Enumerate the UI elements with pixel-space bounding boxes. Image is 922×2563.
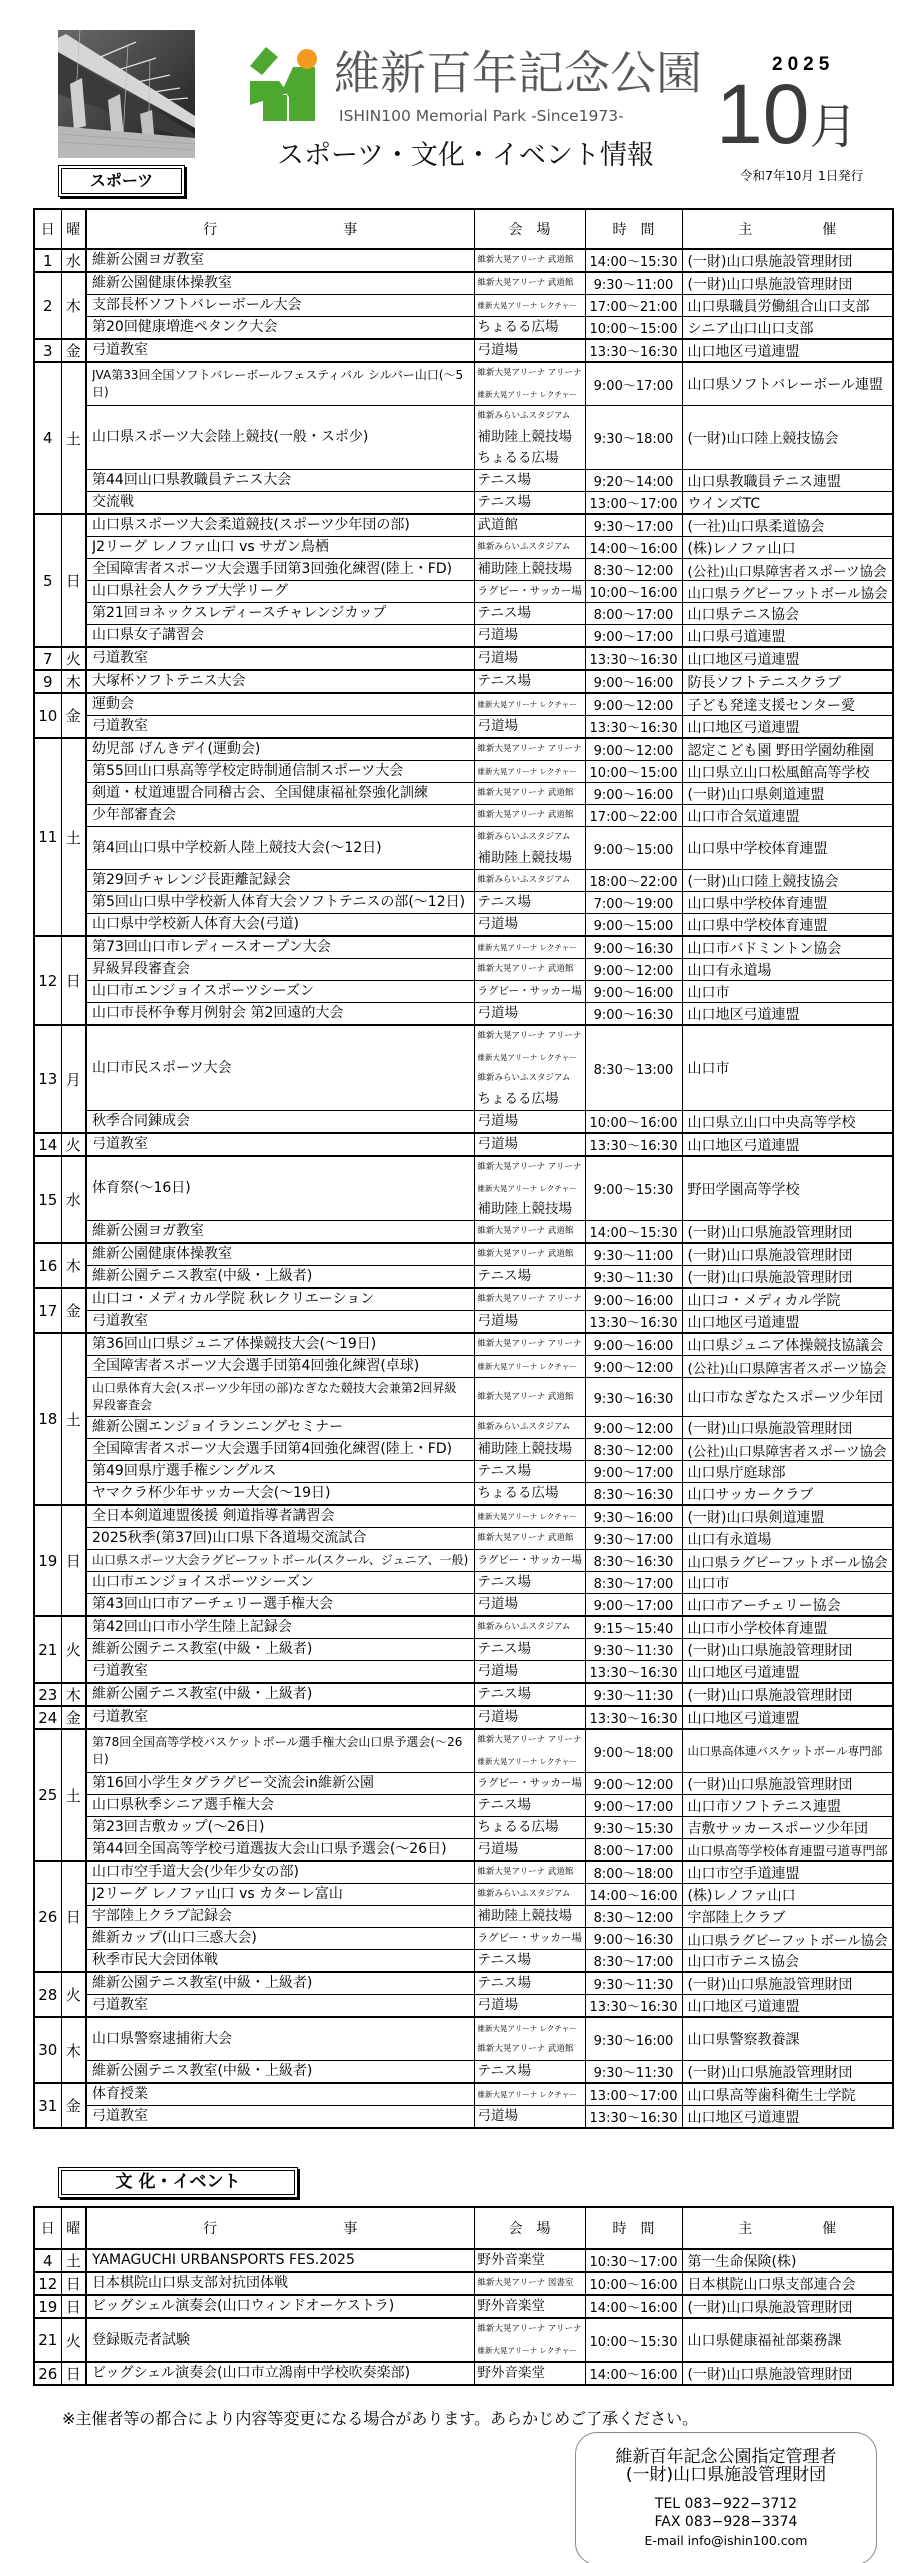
- time-cell: 9:00～17:00: [585, 625, 682, 648]
- table-row: 維新公園エンジョイランニングセミナー維新みらいふスタジアム9:00～12:00(…: [34, 1417, 893, 1439]
- table-row: 第43回山口市アーチェリー選手権大会弓道場9:00～17:00山口市アーチェリー…: [34, 1594, 893, 1617]
- weekday-cell: 月: [61, 1025, 86, 1133]
- event-cell: 全国障害者スポーツ大会選手団第3回強化練習(陸上・FD): [86, 559, 474, 581]
- event-cell: 山口県スポーツ大会ラグビーフットボール(スクール、ジュニア、一般): [86, 1550, 474, 1572]
- event-name: 山口県体育大会(スポーツ少年団の部)なぎなた競技大会兼第2回昇級 昇段審査会: [92, 1378, 469, 1416]
- venue-cell: 弓道場: [474, 647, 585, 670]
- time-cell: 10:00～16:00: [585, 581, 682, 603]
- host-name: 山口県弓道連盟: [688, 626, 888, 646]
- event-name: 全国障害者スポーツ大会選手団第4回強化練習(卓球): [92, 1356, 469, 1377]
- host-name: 山口地区弓道連盟: [688, 649, 888, 669]
- day-cell: 19: [34, 1505, 61, 1616]
- weekday-cell: 日: [61, 514, 86, 647]
- table-row: 第16回小学生タグラグビー交流会in維新公園ラグビー・サッカー場9:00～12:…: [34, 1773, 893, 1795]
- time-cell: 13:30～16:30: [585, 1995, 682, 2018]
- day-cell: 2: [34, 272, 61, 339]
- venue-name: 弓道場: [478, 1707, 582, 1728]
- host-name: 山口地区弓道連盟: [688, 1312, 888, 1332]
- host-name: (一財)山口県施設管理財団: [688, 1640, 888, 1660]
- table-row: 維新公園テニス教室(中級・上級者)テニス場9:30～11:30(一財)山口県施設…: [34, 1639, 893, 1661]
- event-cell: YAMAGUCHI URBANSPORTS FES.2025: [86, 2249, 474, 2272]
- weekday-cell: 土: [61, 738, 86, 936]
- venue-name: 維新大晃アリーナ レクチャー: [478, 295, 582, 316]
- event-cell: 維新公園健康体操教室: [86, 272, 474, 295]
- event-name: ビッグシェル演奏会(山口市立鴻南中学校吹奏楽部): [92, 2363, 469, 2384]
- host-cell: 山口市テニス協会: [682, 1950, 893, 1973]
- weekday-cell: 木: [61, 1243, 86, 1288]
- event-cell: 支部長杯ソフトバレーボール大会: [86, 295, 474, 317]
- time-cell: 14:00～15:30: [585, 1221, 682, 1244]
- host-name: (公社)山口県障害者スポーツ協会: [688, 1357, 888, 1377]
- event-name: 山口市エンジョイスポーツシーズン: [92, 981, 469, 1002]
- host-name: (一財)山口県施設管理財団: [688, 1245, 888, 1265]
- event-cell: 全国障害者スポーツ大会選手団第4回強化練習(陸上・FD): [86, 1439, 474, 1461]
- time-cell: 8:30～17:00: [585, 1950, 682, 1973]
- host-name: 山口県テニス協会: [688, 604, 888, 624]
- table-row: 山口市エンジョイスポーツシーズンテニス場8:30～17:00山口市: [34, 1572, 893, 1594]
- table-row: 30木山口県警察逮捕術大会維新大晃アリーナ レクチャー維新大晃アリーナ 武道館9…: [34, 2017, 893, 2061]
- time-cell: 13:30～16:30: [585, 1311, 682, 1334]
- table-row: 2025秋季(第37回)山口県下各道場交流試合維新大晃アリーナ 武道館9:30～…: [34, 1528, 893, 1550]
- event-cell: 弓道教室: [86, 716, 474, 739]
- table-row: 第23回吉敷カップ(～26日)ちょるる広場9:30～15:30吉敷サッカースポー…: [34, 1817, 893, 1839]
- col-header-weekday: 曜: [61, 209, 86, 249]
- day-cell: 17: [34, 1288, 61, 1333]
- event-cell: 維新公園テニス教室(中級・上級者): [86, 1683, 474, 1706]
- time-cell: 9:00～18:00: [585, 1729, 682, 1773]
- table-row: 第49回県庁選手権シングルステニス場9:00～17:00山口県庁庭球部: [34, 1461, 893, 1483]
- time-cell: 9:30～16:00: [585, 2017, 682, 2061]
- venue-name: 維新みらいふスタジアム: [478, 406, 582, 427]
- table-row: 支部長杯ソフトバレーボール大会維新大晃アリーナ レクチャー17:00～21:00…: [34, 295, 893, 317]
- day-cell: 21: [34, 1616, 61, 1683]
- table-row: 山口県スポーツ大会ラグビーフットボール(スクール、ジュニア、一般)ラグビー・サッ…: [34, 1550, 893, 1572]
- host-cell: 山口市なぎなたスポーツ少年団: [682, 1378, 893, 1417]
- host-cell: (一財)山口県剣道連盟: [682, 783, 893, 805]
- host-name: 山口サッカークラブ: [688, 1484, 888, 1504]
- table-row: 10金運動会維新大晃アリーナ レクチャー9:00～12:00子ども発達支援センタ…: [34, 693, 893, 716]
- event-name: 維新公園テニス教室(中級・上級者): [92, 2061, 469, 2082]
- host-cell: 野田学園高等学校: [682, 1156, 893, 1221]
- table-row: 19日ビッグシェル演奏会(山口ウィンドオーケストラ)野外音楽堂14:00～16:…: [34, 2295, 893, 2318]
- time-cell: 8:30～16:30: [585, 1483, 682, 1506]
- weekday-cell: 火: [61, 2318, 86, 2362]
- venue-cell: 弓道場: [474, 1661, 585, 1684]
- host-cell: 山口県高等歯科衛生士学院: [682, 2083, 893, 2106]
- host-cell: 山口市空手道連盟: [682, 1861, 893, 1884]
- event-name: 弓道教室: [92, 1707, 469, 1728]
- host-name: シニア山口山口支部: [688, 318, 888, 338]
- host-cell: 宇部陸上クラブ: [682, 1906, 893, 1928]
- host-name: 山口市: [688, 1058, 888, 1078]
- venue-name: 維新大晃アリーナ 武道館: [478, 959, 582, 980]
- venue-name: 維新大晃アリーナ レクチャー: [478, 1356, 582, 1377]
- host-name: 山口地区弓道連盟: [688, 1996, 888, 2016]
- host-name: (一財)山口県剣道連盟: [688, 1507, 888, 1527]
- weekday-cell: 日: [61, 2295, 86, 2318]
- venue-cell: テニス場: [474, 1972, 585, 1995]
- host-cell: 山口県高等学校体育連盟弓道専門部: [682, 1839, 893, 1862]
- manager-title: 維新百年記念公園指定管理者: [576, 2448, 876, 2466]
- venue-name: 弓道場: [478, 1311, 582, 1332]
- host-name: (公社)山口県障害者スポーツ協会: [688, 560, 888, 580]
- host-cell: 山口県庁庭球部: [682, 1461, 893, 1483]
- event-name: 登録販売者試験: [92, 2330, 469, 2351]
- email-address: E-mail info@ishin100.com: [576, 2531, 876, 2550]
- change-notice: ※主催者等の都合により内容等変更になる場合があります。あらかじめご了承ください。: [62, 2408, 922, 2430]
- event-name: 第20回健康増進ペタンク大会: [92, 317, 469, 338]
- host-cell: (一財)山口県施設管理財団: [682, 1266, 893, 1289]
- table-row: 山口県体育大会(スポーツ少年団の部)なぎなた競技大会兼第2回昇級 昇段審査会維新…: [34, 1378, 893, 1417]
- venue-cell: 弓道場: [474, 1594, 585, 1617]
- venue-name: 維新大晃アリーナ アリーナ: [478, 363, 582, 384]
- event-cell: 体育祭(～16日): [86, 1156, 474, 1221]
- venue-name: 維新大晃アリーナ 武道館: [478, 250, 582, 271]
- event-cell: 剣道・杖道連盟合同稽古会、全国健康福祉祭強化訓練: [86, 783, 474, 805]
- time-cell: 9:00～16:00: [585, 1288, 682, 1311]
- table-row: 弓道教室弓道場13:30～16:30山口地区弓道連盟: [34, 1995, 893, 2018]
- host-name: (一社)山口県柔道協会: [688, 516, 888, 536]
- venue-cell: 維新大晃アリーナ 武道館: [474, 1528, 585, 1550]
- table-row: 31金体育授業維新大晃アリーナ レクチャー13:00～17:00山口県高等歯科衛…: [34, 2083, 893, 2106]
- host-name: 山口有永道場: [688, 1529, 888, 1549]
- weekday-cell: 金: [61, 1288, 86, 1333]
- time-cell: 9:30～15:30: [585, 1817, 682, 1839]
- event-name: 2025秋季(第37回)山口県下各道場交流試合: [92, 1528, 469, 1549]
- time-cell: 8:30～17:00: [585, 1572, 682, 1594]
- culture-section-label: 文 化・イベント: [58, 2167, 298, 2198]
- host-cell: 山口地区弓道連盟: [682, 1311, 893, 1334]
- host-name: 山口県中学校体育連盟: [688, 838, 888, 858]
- table-row: 13月山口市民スポーツ大会維新大晃アリーナ アリーナ維新大晃アリーナ レクチャー…: [34, 1025, 893, 1111]
- table-row: 秋季合同錬成会弓道場10:00～16:00山口県立山口中央高等学校: [34, 1111, 893, 1134]
- venue-name: 維新大晃アリーナ レクチャー: [478, 384, 582, 405]
- venue-cell: テニス場: [474, 1266, 585, 1289]
- venue-name: テニス場: [478, 1684, 582, 1705]
- time-cell: 8:00～17:00: [585, 1839, 682, 1862]
- host-cell: (一財)山口県施設管理財団: [682, 1972, 893, 1995]
- host-cell: 山口県ラグビーフットボール協会: [682, 581, 893, 603]
- event-name: 体育祭(～16日): [92, 1178, 469, 1199]
- month-label: 10月: [716, 72, 857, 181]
- event-name: 維新公園テニス教室(中級・上級者): [92, 1973, 469, 1994]
- venue-cell: 維新大晃アリーナ アリーナ維新大晃アリーナ レクチャー: [474, 362, 585, 406]
- time-cell: 9:00～15:00: [585, 827, 682, 870]
- event-cell: 弓道教室: [86, 2106, 474, 2129]
- day-cell: 5: [34, 514, 61, 647]
- host-cell: 山口市小学校体育連盟: [682, 1616, 893, 1639]
- host-name: 山口地区弓道連盟: [688, 341, 888, 361]
- weekday-cell: 土: [61, 2249, 86, 2272]
- venue-cell: 弓道場: [474, 339, 585, 362]
- event-cell: 2025秋季(第37回)山口県下各道場交流試合: [86, 1528, 474, 1550]
- table-row: 弓道教室弓道場13:30～16:30山口地区弓道連盟: [34, 716, 893, 739]
- sports-schedule-table: 日 曜 行 事 会 場 時 間 主 催 1水維新公園ヨガ教室維新大晃アリーナ 武…: [33, 208, 894, 2129]
- venue-name: 維新大晃アリーナ 武道館: [478, 1387, 582, 1408]
- table-row: 秋季市民大会団体戦テニス場8:30～17:00山口市テニス協会: [34, 1950, 893, 1973]
- venue-name: 弓道場: [478, 1839, 582, 1860]
- time-cell: 9:30～16:30: [585, 1378, 682, 1417]
- manager-name: (一財)山口県施設管理財団: [576, 2466, 876, 2484]
- venue-cell: 維新みらいふスタジアム: [474, 1616, 585, 1639]
- table-row: 15水体育祭(～16日)維新大晃アリーナ アリーナ維新大晃アリーナ レクチャー補…: [34, 1156, 893, 1221]
- table-row: 維新公園ヨガ教室維新大晃アリーナ 武道館14:00～15:30(一財)山口県施設…: [34, 1221, 893, 1244]
- time-cell: 13:30～16:30: [585, 339, 682, 362]
- event-name: 全日本剣道連盟後援 剣道指導者講習会: [92, 1506, 469, 1527]
- event-cell: 第55回山口県高等学校定時制通信制スポーツ大会: [86, 761, 474, 783]
- event-cell: 弓道教室: [86, 339, 474, 362]
- venue-cell: 弓道場: [474, 1111, 585, 1134]
- culture-table-body: 4土YAMAGUCHI URBANSPORTS FES.2025野外音楽堂10:…: [34, 2249, 893, 2385]
- venue-name: 維新みらいふスタジアム: [478, 537, 582, 558]
- venue-cell: 維新大晃アリーナ レクチャー: [474, 2083, 585, 2106]
- event-name: 第43回山口市アーチェリー選手権大会: [92, 1594, 469, 1615]
- venue-cell: 維新大晃アリーナ レクチャー: [474, 693, 585, 716]
- event-name: 幼児部 げんきデイ(運動会): [92, 739, 469, 760]
- venue-name: 弓道場: [478, 1995, 582, 2016]
- event-name: 体育授業: [92, 2084, 469, 2105]
- venue-name: 維新大晃アリーナ 武道館: [478, 1528, 582, 1549]
- weekday-cell: 火: [61, 1133, 86, 1156]
- venue-name: テニス場: [478, 1795, 582, 1816]
- event-cell: 山口コ・メディカル学院 秋レクリエーション: [86, 1288, 474, 1311]
- event-name: 山口県社会人クラブ大学リーグ: [92, 581, 469, 602]
- table-row: 19日全日本剣道連盟後援 剣道指導者講習会維新大晃アリーナ レクチャー9:30～…: [34, 1505, 893, 1528]
- table-row: 26日山口市空手道大会(少年少女の部)維新大晃アリーナ 武道館8:00～18:0…: [34, 1861, 893, 1884]
- venue-name: 弓道場: [478, 1134, 582, 1155]
- venue-name: 維新大晃アリーナ レクチャー: [478, 2340, 582, 2361]
- host-cell: 山口地区弓道連盟: [682, 339, 893, 362]
- event-cell: 少年部審査会: [86, 805, 474, 827]
- event-name: 山口県警察逮捕術大会: [92, 2029, 469, 2050]
- event-cell: 弓道教室: [86, 1995, 474, 2018]
- event-name: 山口県スポーツ大会陸上競技(一般・スポ少): [92, 427, 469, 448]
- venue-cell: テニス場: [474, 670, 585, 693]
- event-cell: 山口県秋季シニア選手権大会: [86, 1795, 474, 1817]
- host-cell: 子ども発達支援センター愛: [682, 693, 893, 716]
- table-row: 弓道教室弓道場13:30～16:30山口地区弓道連盟: [34, 2106, 893, 2129]
- venue-cell: 補助陸上競技場: [474, 1439, 585, 1461]
- time-cell: 9:30～11:00: [585, 272, 682, 295]
- event-name: 昇級昇段審査会: [92, 959, 469, 980]
- host-name: 吉敷サッカースポーツ少年団: [688, 1818, 888, 1838]
- venue-cell: 野外音楽堂: [474, 2362, 585, 2385]
- host-cell: 第一生命保険(株): [682, 2249, 893, 2272]
- event-cell: 第16回小学生タグラグビー交流会in維新公園: [86, 1773, 474, 1795]
- table-row: 維新公園テニス教室(中級・上級者)テニス場9:30～11:30(一財)山口県施設…: [34, 2061, 893, 2084]
- weekday-cell: 日: [61, 1505, 86, 1616]
- host-name: 山口市合気道連盟: [688, 806, 888, 826]
- day-cell: 3: [34, 339, 61, 362]
- weekday-cell: 土: [61, 1333, 86, 1505]
- event-cell: 山口県中学校新人体育大会(弓道): [86, 914, 474, 937]
- col-header-host: 主 催: [682, 2207, 893, 2249]
- venue-cell: 維新大晃アリーナ レクチャー維新大晃アリーナ 武道館: [474, 2017, 585, 2061]
- table-row: 第44回山口県教職員テニス大会テニス場9:20～14:00山口県教職員テニス連盟: [34, 470, 893, 492]
- host-name: (一財)山口県施設管理財団: [688, 2062, 888, 2082]
- event-cell: ヤマクラ杯少年サッカー大会(～19日): [86, 1483, 474, 1506]
- host-cell: 山口県職員労働組合山口支部: [682, 295, 893, 317]
- event-name: 第16回小学生タグラグビー交流会in維新公園: [92, 1773, 469, 1794]
- phone-number: TEL 083−922−3712: [576, 2495, 876, 2513]
- venue-name: 弓道場: [478, 1003, 582, 1024]
- host-name: 子ども発達支援センター愛: [688, 695, 888, 715]
- host-name: (一財)山口県施設管理財団: [688, 1774, 888, 1794]
- host-cell: (一財)山口県施設管理財団: [682, 1639, 893, 1661]
- event-name: 第49回県庁選手権シングルス: [92, 1461, 469, 1482]
- host-cell: シニア山口山口支部: [682, 317, 893, 340]
- day-cell: 7: [34, 647, 61, 670]
- host-cell: (株)レノファ山口: [682, 537, 893, 559]
- venue-name: 維新大晃アリーナ 武道館: [478, 1244, 582, 1265]
- weekday-cell: 金: [61, 693, 86, 738]
- time-cell: 7:00～19:00: [585, 892, 682, 914]
- event-name: 弓道教室: [92, 1661, 469, 1682]
- venue-name: ちょるる広場: [478, 1817, 582, 1838]
- venue-cell: 弓道場: [474, 2106, 585, 2129]
- venue-cell: 維新大晃アリーナ レクチャー: [474, 761, 585, 783]
- venue-name: ラグビー・サッカー場: [478, 981, 582, 1002]
- host-name: (一財)山口県剣道連盟: [688, 784, 888, 804]
- venue-name: テニス場: [478, 1266, 582, 1287]
- venue-cell: 弓道場: [474, 1311, 585, 1334]
- time-cell: 9:15～15:40: [585, 1616, 682, 1639]
- event-cell: 第4回山口県中学校新人陸上競技大会(～12日): [86, 827, 474, 870]
- venue-name: 維新大晃アリーナ レクチャー: [478, 937, 582, 958]
- time-cell: 9:00～12:00: [585, 1417, 682, 1439]
- venue-name: 維新大晃アリーナ レクチャー: [478, 694, 582, 715]
- col-header-time: 時 間: [585, 209, 682, 249]
- table-row: 弓道教室弓道場13:30～16:30山口地区弓道連盟: [34, 1661, 893, 1684]
- event-cell: 維新公園テニス教室(中級・上級者): [86, 1972, 474, 1995]
- venue-cell: 維新大晃アリーナ アリーナ: [474, 1333, 585, 1356]
- venue-name: 維新大晃アリーナ 武道館: [478, 273, 582, 294]
- venue-cell: 弓道場: [474, 1003, 585, 1026]
- table-row: 宇部陸上クラブ記録会補助陸上競技場8:30～12:00宇部陸上クラブ: [34, 1906, 893, 1928]
- venue-cell: 補助陸上競技場: [474, 1906, 585, 1928]
- venue-cell: ちょるる広場: [474, 1483, 585, 1506]
- event-cell: 第44回全国高等学校弓道選抜大会山口県予選会(～26日): [86, 1839, 474, 1862]
- host-name: (一財)山口県施設管理財団: [688, 2297, 888, 2317]
- time-cell: 9:00～16:00: [585, 783, 682, 805]
- event-name: 宇部陸上クラブ記録会: [92, 1906, 469, 1927]
- stadium-photo: [58, 30, 195, 158]
- event-cell: 弓道教室: [86, 1661, 474, 1684]
- venue-cell: 維新みらいふスタジアム補助陸上競技場ちょるる広場: [474, 406, 585, 470]
- venue-name: 補助陸上競技場: [478, 559, 582, 580]
- event-name: 弓道教室: [92, 340, 469, 361]
- page-subtitle: スポーツ・文化・イベント情報: [277, 140, 654, 172]
- venue-cell: 弓道場: [474, 625, 585, 648]
- host-cell: 山口市合気道連盟: [682, 805, 893, 827]
- host-cell: 山口地区弓道連盟: [682, 1706, 893, 1729]
- venue-name: 弓道場: [478, 1661, 582, 1682]
- event-cell: 第29回チャレンジ長距離記録会: [86, 870, 474, 892]
- venue-name: 弓道場: [478, 716, 582, 737]
- weekday-cell: 金: [61, 1706, 86, 1729]
- time-cell: 13:00～17:00: [585, 492, 682, 515]
- event-name: 第55回山口県高等学校定時制通信制スポーツ大会: [92, 761, 469, 782]
- event-cell: 宇部陸上クラブ記録会: [86, 1906, 474, 1928]
- event-name: 大塚杯ソフトテニス大会: [92, 671, 469, 692]
- venue-cell: 維新大晃アリーナ レクチャー: [474, 936, 585, 959]
- event-name: 第78回全国高等学校バスケットボール選手権大会山口県予選会(～26 日): [92, 1732, 469, 1770]
- venue-name: 補助陸上競技場: [478, 1199, 582, 1220]
- venue-cell: 維新大晃アリーナ レクチャー: [474, 1505, 585, 1528]
- host-cell: 山口市アーチェリー協会: [682, 1594, 893, 1617]
- host-name: 山口県ラグビーフットボール協会: [688, 582, 888, 602]
- day-cell: 1: [34, 249, 61, 272]
- day-cell: 9: [34, 670, 61, 693]
- event-name: 弓道教室: [92, 1311, 469, 1332]
- event-name: 維新公園エンジョイランニングセミナー: [92, 1417, 469, 1438]
- weekday-cell: 火: [61, 1972, 86, 2017]
- venue-cell: 弓道場: [474, 1839, 585, 1862]
- weekday-cell: 水: [61, 249, 86, 272]
- host-cell: (公社)山口県障害者スポーツ協会: [682, 559, 893, 581]
- venue-name: 補助陸上競技場: [478, 427, 582, 448]
- time-cell: 9:00～12:00: [585, 738, 682, 761]
- host-name: 山口県高体連バスケットボール専門部: [688, 1743, 888, 1759]
- day-cell: 18: [34, 1333, 61, 1505]
- park-name-title: 維新百年記念公園: [334, 44, 702, 102]
- event-name: 山口県中学校新人体育大会(弓道): [92, 914, 469, 935]
- host-name: 山口県ラグビーフットボール協会: [688, 1551, 888, 1571]
- venue-name: テニス場: [478, 603, 582, 624]
- event-cell: 第43回山口市アーチェリー選手権大会: [86, 1594, 474, 1617]
- event-name: 山口県秋季シニア選手権大会: [92, 1795, 469, 1816]
- table-row: 18土第36回山口県ジュニア体操競技大会(～19日)維新大晃アリーナ アリーナ9…: [34, 1333, 893, 1356]
- time-cell: 9:00～15:30: [585, 1156, 682, 1221]
- table-row: 1水維新公園ヨガ教室維新大晃アリーナ 武道館14:00～15:30(一財)山口県…: [34, 249, 893, 272]
- venue-cell: 維新大晃アリーナ 武道館: [474, 249, 585, 272]
- table-row: 山口県秋季シニア選手権大会テニス場9:00～17:00山口市ソフトテニス連盟: [34, 1795, 893, 1817]
- time-cell: 14:00～16:00: [585, 537, 682, 559]
- host-cell: 山口県警察教養課: [682, 2017, 893, 2061]
- host-cell: 山口県立山口中央高等学校: [682, 1111, 893, 1134]
- table-row: 26日ビッグシェル演奏会(山口市立鴻南中学校吹奏楽部)野外音楽堂14:00～16…: [34, 2362, 893, 2385]
- time-cell: 8:30～13:00: [585, 1025, 682, 1111]
- venue-cell: テニス場: [474, 603, 585, 625]
- table-row: 4土YAMAGUCHI URBANSPORTS FES.2025野外音楽堂10:…: [34, 2249, 893, 2272]
- host-name: 山口市: [688, 982, 888, 1002]
- weekday-cell: 火: [61, 1616, 86, 1683]
- col-header-day: 日: [34, 209, 61, 249]
- host-cell: 防長ソフトテニスクラブ: [682, 670, 893, 693]
- time-cell: 9:00～16:00: [585, 670, 682, 693]
- venue-name: テニス場: [478, 1572, 582, 1593]
- host-cell: (一財)山口県剣道連盟: [682, 1505, 893, 1528]
- event-name: 第5回山口県中学校新人体育大会ソフトテニスの部(～12日): [92, 892, 469, 913]
- host-name: (一財)山口陸上競技協会: [688, 428, 888, 448]
- col-header-day: 日: [34, 2207, 61, 2249]
- day-cell: 28: [34, 1972, 61, 2017]
- venue-name: ちょるる広場: [478, 448, 582, 469]
- host-name: 山口県中学校体育連盟: [688, 893, 888, 913]
- time-cell: 10:00～15:30: [585, 2318, 682, 2362]
- event-cell: 第42回山口市小学生陸上記録会: [86, 1616, 474, 1639]
- venue-cell: 維新大晃アリーナ アリーナ: [474, 738, 585, 761]
- venue-name: ラグビー・サッカー場: [478, 581, 582, 602]
- venue-name: 維新大晃アリーナ レクチャー: [478, 1506, 582, 1527]
- table-row: 2木維新公園健康体操教室維新大晃アリーナ 武道館9:30～11:00(一財)山口…: [34, 272, 893, 295]
- time-cell: 9:00～17:00: [585, 1795, 682, 1817]
- venue-cell: 維新大晃アリーナ レクチャー: [474, 1356, 585, 1378]
- event-cell: 維新公園エンジョイランニングセミナー: [86, 1417, 474, 1439]
- table-row: 少年部審査会維新大晃アリーナ 武道館17:00～22:00山口市合気道連盟: [34, 805, 893, 827]
- venue-cell: 維新みらいふスタジアム: [474, 870, 585, 892]
- time-cell: 9:00～16:00: [585, 1333, 682, 1356]
